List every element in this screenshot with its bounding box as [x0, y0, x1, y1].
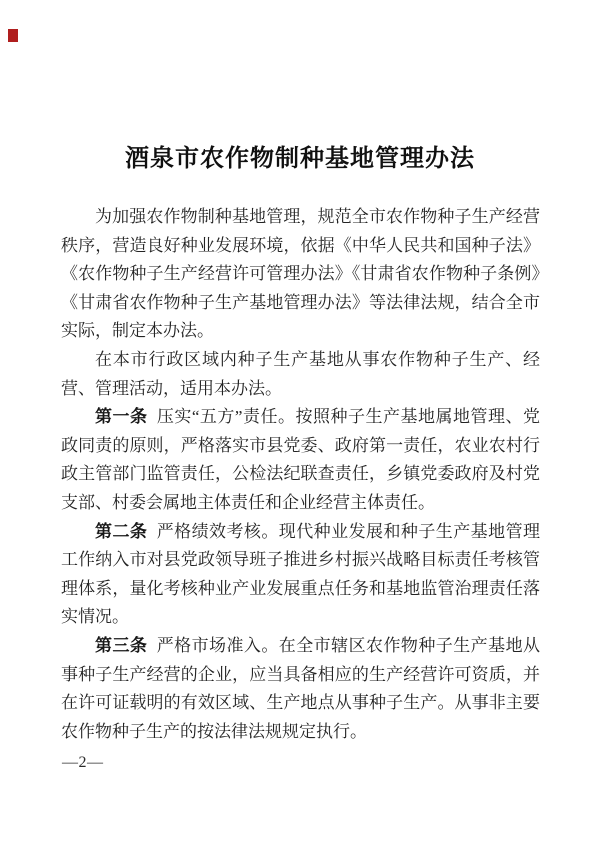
paragraph-intro: 为加强农作物制种基地管理，规范全市农作物种子生产经营秩序，营造良好种业发展环境，… [61, 203, 540, 346]
document-title: 酒泉市农作物制种基地管理办法 [0, 138, 600, 173]
document-body: 为加强农作物制种基地管理，规范全市农作物种子生产经营秩序，营造良好种业发展环境，… [61, 203, 540, 746]
paragraph-clause-2: 第二条严格绩效考核。现代种业发展和种子生产基地管理工作纳入市对县党政领导班子推进… [61, 518, 540, 632]
document-page: 酒泉市农作物制种基地管理办法 为加强农作物制种基地管理，规范全市农作物种子生产经… [0, 0, 600, 848]
clause-3-label: 第三条 [95, 636, 147, 655]
red-stamp-mark [8, 29, 18, 42]
paragraph-clause-1: 第一条压实“五方”责任。按照种子生产基地属地管理、党政同责的原则，严格落实市县党… [61, 403, 540, 517]
paragraph-scope: 在本市行政区域内种子生产基地从事农作物种子生产、经营、管理活动，适用本办法。 [61, 346, 540, 403]
paragraph-text: 在本市行政区域内种子生产基地从事农作物种子生产、经营、管理活动，适用本办法。 [61, 350, 540, 398]
paragraph-text: 为加强农作物制种基地管理，规范全市农作物种子生产经营秩序，营造良好种业发展环境，… [61, 207, 540, 340]
paragraph-clause-3: 第三条严格市场准入。在全市辖区农作物种子生产基地从事种子生产经营的企业，应当具备… [61, 632, 540, 746]
clause-1-label: 第一条 [95, 407, 148, 426]
clause-2-label: 第二条 [95, 522, 147, 541]
page-number: —2— [62, 754, 104, 772]
